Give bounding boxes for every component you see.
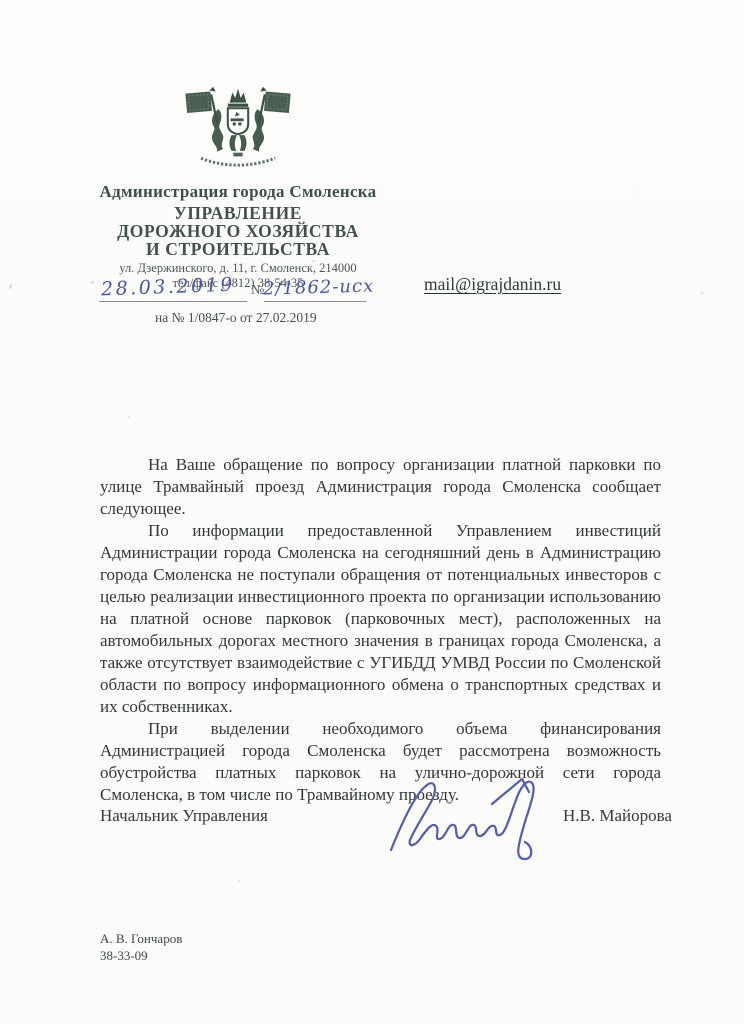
number-underline [264, 301, 366, 302]
handwritten-signature [383, 770, 551, 865]
org-name-line2: ДОРОЖНОГО ХОЗЯЙСТВА [55, 222, 421, 240]
executor-block: А. В. Гончаров 38-33-09 [100, 930, 182, 964]
executor-phone: 38-33-09 [100, 947, 182, 964]
body-paragraph-2: По информации предоставленной Управление… [100, 520, 661, 718]
scanned-letter-page: Администрация города Смоленска УПРАВЛЕНИ… [0, 0, 744, 1024]
handwritten-outgoing-number: 2/1862-исх [263, 276, 375, 300]
handwritten-date: 28.03.2019 [101, 274, 235, 301]
executor-name: А. В. Гончаров [100, 930, 182, 947]
date-underline [99, 301, 247, 302]
letter-body: На Ваше обращение по вопросу организации… [100, 454, 661, 806]
letterhead: Администрация города Смоленска УПРАВЛЕНИ… [55, 86, 421, 291]
body-paragraph-1: На Ваше обращение по вопросу организации… [100, 454, 661, 520]
scan-noise [700, 292, 704, 295]
scan-noise [312, 260, 315, 262]
signer-position-title: Начальник Управления [100, 806, 268, 826]
scan-noise [128, 416, 130, 418]
reply-reference-line: на № 1/0847-о от 27.02.2019 [155, 310, 317, 326]
body-paragraph-3: При выделении необходимого объема финанс… [100, 718, 661, 806]
org-name-line1: УПРАВЛЕНИЕ [55, 204, 421, 222]
org-address: ул. Дзержинского, д. 11, г. Смоленск, 21… [55, 261, 421, 276]
scan-noise [238, 880, 240, 882]
signer-name: Н.В. Майорова [563, 806, 672, 826]
org-parent-name: Администрация города Смоленска [55, 182, 421, 202]
scan-noise [91, 281, 94, 284]
org-name-line3: И СТРОИТЕЛЬСТВА [55, 240, 421, 258]
recipient-email: mail@igrajdanin.ru [424, 274, 561, 295]
scan-noise [8, 284, 13, 290]
smolensk-coat-of-arms-icon [181, 86, 295, 174]
